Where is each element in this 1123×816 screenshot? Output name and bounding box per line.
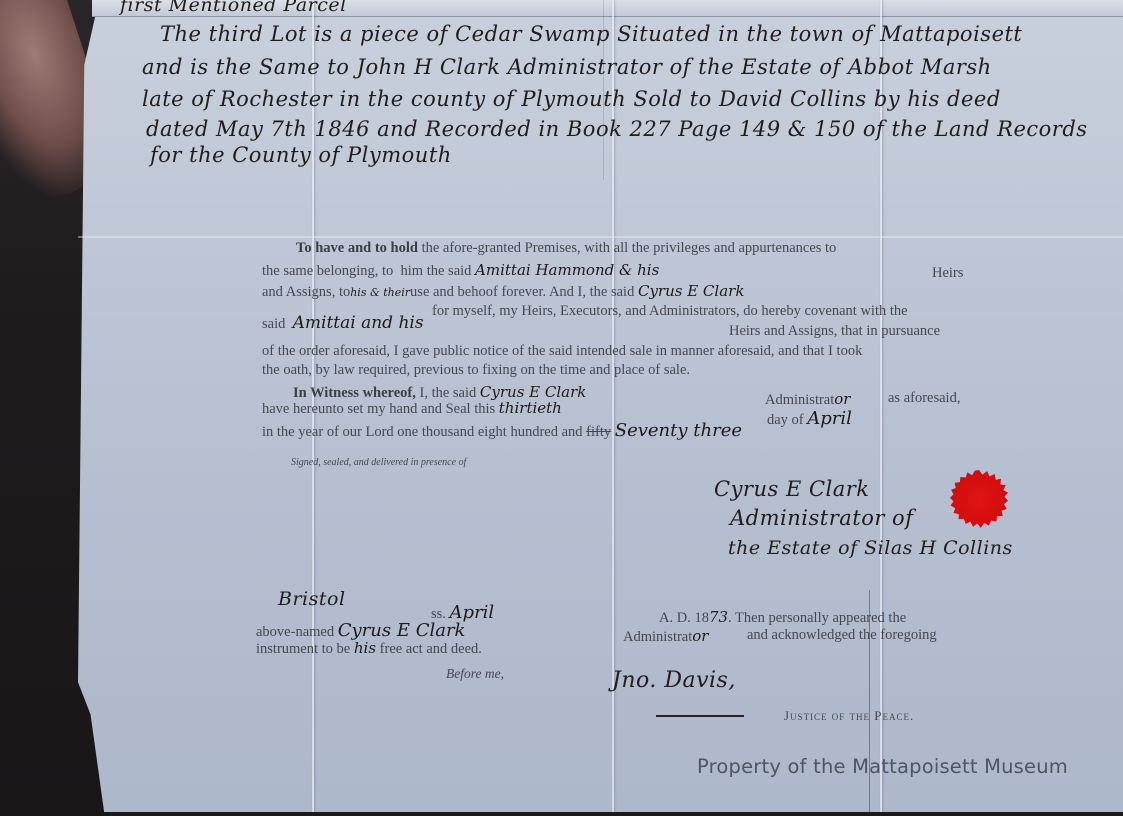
struck-text: fifty xyxy=(586,424,611,440)
date-year: 73 xyxy=(709,608,728,626)
date-month: April xyxy=(807,408,852,429)
printed-text: of the order aforesaid, I gave public no… xyxy=(262,343,862,360)
handwritten-line: first Mentioned Parcel xyxy=(120,0,347,16)
printed-text: A. D. 18 xyxy=(659,610,709,626)
grantor-name: Cyrus E Clark xyxy=(338,620,466,641)
printed-text: instrument to be xyxy=(256,641,350,657)
printed-text: above-named xyxy=(256,624,334,640)
printed-text: him xyxy=(401,263,424,279)
printed-text: the said xyxy=(427,263,472,279)
date-day: thirtieth xyxy=(499,399,562,417)
date-year: Seventy three xyxy=(615,420,742,441)
handwritten-line: and is the Same to John H Clark Administ… xyxy=(142,55,992,79)
signature-underline xyxy=(656,715,744,717)
printed-text: said xyxy=(262,316,285,332)
printed-text: Administrat xyxy=(623,629,692,645)
handwritten-line: dated May 7th 1846 and Recorded in Book … xyxy=(146,117,1088,141)
museum-watermark: Property of the Mattapoisett Museum xyxy=(697,755,1068,778)
grantee-name: Amittai Hammond & his xyxy=(475,261,659,279)
printed-text: have hereunto set my hand and Seal this xyxy=(262,401,495,417)
printed-text: as aforesaid, xyxy=(888,390,960,407)
county-name: Bristol xyxy=(278,588,346,610)
justice-signature: Jno. Davis, xyxy=(612,668,736,693)
printed-text: for myself, my Heirs, Executors, and Adm… xyxy=(432,303,908,320)
handwritten-line: The third Lot is a piece of Cedar Swamp … xyxy=(160,22,1022,46)
handwritten-line: for the County of Plymouth xyxy=(150,143,452,167)
handwritten-line: late of Rochester in the county of Plymo… xyxy=(142,87,1001,111)
printed-text: the same belonging, to xyxy=(262,263,393,279)
printed-text: Administrat xyxy=(765,392,834,408)
printed-text: free act and deed. xyxy=(380,641,482,657)
clause-heading: To have and to hold xyxy=(296,240,418,256)
printed-text: and acknowledged the foregoing xyxy=(747,627,937,644)
grantor-name: Cyrus E Clark xyxy=(638,282,744,300)
printed-text: the afore-granted Premises, with all the… xyxy=(422,240,837,256)
grantee-name: Amittai and his xyxy=(293,313,424,333)
printed-text: and Assigns, to xyxy=(262,284,350,300)
printed-text: the oath, by law required, previous to f… xyxy=(262,362,690,379)
printed-text: use and behoof forever. And I, the said xyxy=(410,284,634,300)
printed-text: day of xyxy=(767,412,804,428)
printed-text: in the year of our Lord one thousand eig… xyxy=(262,424,583,440)
signature-title: Administrator of xyxy=(730,506,913,530)
printed-text: Before me, xyxy=(446,666,504,682)
handwritten-text: or xyxy=(834,390,850,408)
handwritten-text: or xyxy=(692,627,708,645)
printed-text: . Then personally appeared the xyxy=(728,610,906,626)
printed-text: Heirs xyxy=(932,265,963,282)
signature-estate: the Estate of Silas H Collins xyxy=(728,537,1013,559)
handwritten-text: his xyxy=(354,639,376,657)
handwritten-text: his & their xyxy=(350,286,410,299)
signed-sealed-text: Signed, sealed, and delivered in presenc… xyxy=(291,457,466,468)
fold-crease xyxy=(78,236,1123,238)
grantor-signature: Cyrus E Clark xyxy=(714,477,870,501)
justice-title: Justice of the Peace. xyxy=(784,708,914,724)
printed-text: Heirs and Assigns, that in pursuance xyxy=(729,323,940,340)
